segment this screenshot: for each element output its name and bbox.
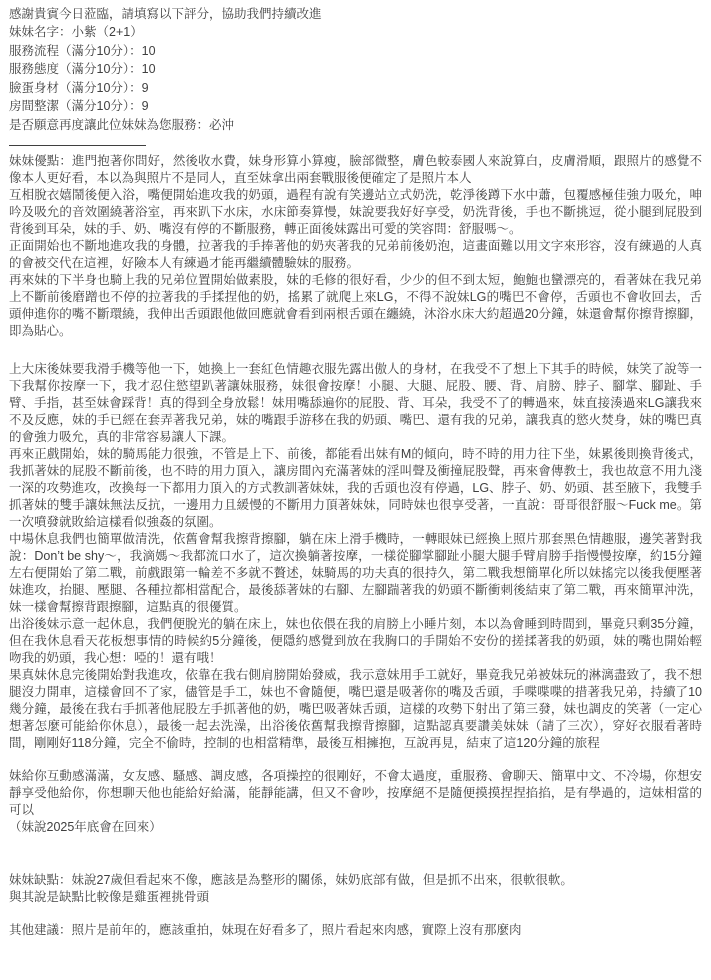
pros-paragraph: 妹妹優點：進門抱著你問好，然後收水費，妹身形算小算瘦，臉部微整，膚色較泰國人來說… bbox=[9, 153, 702, 187]
rating-face-body-label: 臉蛋身材（滿分10分）： bbox=[9, 81, 142, 95]
bath-paragraph-2: 正面開始也不斷地進攻我的身體，拉著我的手捧著他的奶夾著我的兄弟前後奶泡，這畫面難… bbox=[9, 238, 702, 272]
bath-paragraph-3: 再來妹的下半身也騎上我的兄弟位置開始做素股，妹的毛修的很好看，少少的但不到太短，… bbox=[9, 272, 702, 340]
rating-room-clean: 房間整潔（滿分10分）：9 bbox=[9, 97, 702, 116]
survey-greeting: 感謝貴賓今日蒞臨，請填寫以下評分，協助我們持續改進 bbox=[9, 6, 702, 23]
rating-repeat-label: 是否願意再度讓此位妹妹為您服務： bbox=[9, 118, 209, 132]
rating-service-attitude: 服務態度（滿分10分）：10 bbox=[9, 60, 702, 79]
bath-section: 互相脫衣嬉鬧後便入浴，嘴便開始進攻我的奶頭，過程有說有笑邊站立式奶洗，乾淨後蹲下… bbox=[9, 187, 702, 340]
rating-face-body: 臉蛋身材（滿分10分）：9 bbox=[9, 79, 702, 98]
bath-paragraph-1: 互相脫衣嬉鬧後便入浴，嘴便開始進攻我的奶頭，過程有說有笑邊站立式奶洗，乾淨後蹲下… bbox=[9, 187, 702, 238]
rating-service-attitude-value: 10 bbox=[142, 62, 156, 76]
cons-paragraph-2: 與其說是缺點比較像是雞蛋裡挑骨頭 bbox=[9, 889, 702, 906]
overall-paragraph: 妹給你互動感滿滿，女友感、騷感、調皮感，各項操控的很剛好，不會太過度，重服務、會… bbox=[9, 768, 702, 819]
bed-paragraph-1: 上大床後妹要我滑手機等他一下，她換上一套紅色情趣衣服先露出傲人的身材，在我受不了… bbox=[9, 361, 702, 446]
return-note: （妹說2025年底會在回來） bbox=[9, 819, 702, 836]
review-post: 感謝貴賓今日蒞臨，請填寫以下評分，協助我們持續改進 妹妹名字：小紫（2+1） 服… bbox=[0, 0, 711, 951]
rating-room-clean-label: 房間整潔（滿分10分）： bbox=[9, 99, 142, 113]
bed-paragraph-5: 果真妹休息完後開始對我進攻，依靠在我右側肩膀開始發威，我示意妹用手工就好，畢竟我… bbox=[9, 667, 702, 752]
rating-service-flow-label: 服務流程（滿分10分）： bbox=[9, 44, 142, 58]
rating-name-value: 小紫（2+1） bbox=[72, 25, 143, 39]
overall-section: 妹給你互動感滿滿，女友感、騷感、調皮感，各項操控的很剛好，不會太過度，重服務、會… bbox=[9, 768, 702, 836]
bed-paragraph-4: 出浴後妹示意一起休息，我們便脫光的躺在床上，妹也依偎在我的肩膀上小睡片刻，本以為… bbox=[9, 616, 702, 667]
rating-repeat-value: 必沖 bbox=[209, 118, 234, 132]
rating-face-body-value: 9 bbox=[142, 81, 149, 95]
rating-room-clean-value: 9 bbox=[142, 99, 149, 113]
cons-paragraph-1: 妹妹缺點：妹說27歲但看起來不像，應該是為整形的關係，妹奶底部有做，但是抓不出來… bbox=[9, 872, 702, 889]
cons-section: 妹妹缺點：妹說27歲但看起來不像，應該是為整形的關係，妹奶底部有做，但是抓不出來… bbox=[9, 872, 702, 906]
ratings-list: 妹妹名字：小紫（2+1） 服務流程（滿分10分）：10 服務態度（滿分10分）：… bbox=[9, 23, 702, 134]
suggestion-paragraph: 其他建議：照片是前年的，應該重拍，妹現在好看多了，照片看起來肉感，實際上沒有那麼… bbox=[9, 922, 702, 939]
rating-name: 妹妹名字：小紫（2+1） bbox=[9, 23, 702, 42]
rating-service-attitude-label: 服務態度（滿分10分）： bbox=[9, 62, 142, 76]
bed-paragraph-2: 再來正戲開始，妹的騎馬能力很強，不管是上下、前後，都能看出妹有M的傾向，時不時的… bbox=[9, 446, 702, 531]
rating-service-flow: 服務流程（滿分10分）：10 bbox=[9, 42, 702, 61]
rating-repeat: 是否願意再度讓此位妹妹為您服務：必沖 bbox=[9, 116, 702, 135]
rating-service-flow-value: 10 bbox=[142, 44, 156, 58]
bed-paragraph-3: 中場休息我們也簡單做清洗，依舊會幫我擦背擦腳，躺在床上滑手機時，一轉眼妹已經換上… bbox=[9, 531, 702, 616]
divider-line bbox=[9, 145, 146, 146]
bed-section: 上大床後妹要我滑手機等他一下，她換上一套紅色情趣衣服先露出傲人的身材，在我受不了… bbox=[9, 361, 702, 752]
rating-name-label: 妹妹名字： bbox=[9, 25, 72, 39]
